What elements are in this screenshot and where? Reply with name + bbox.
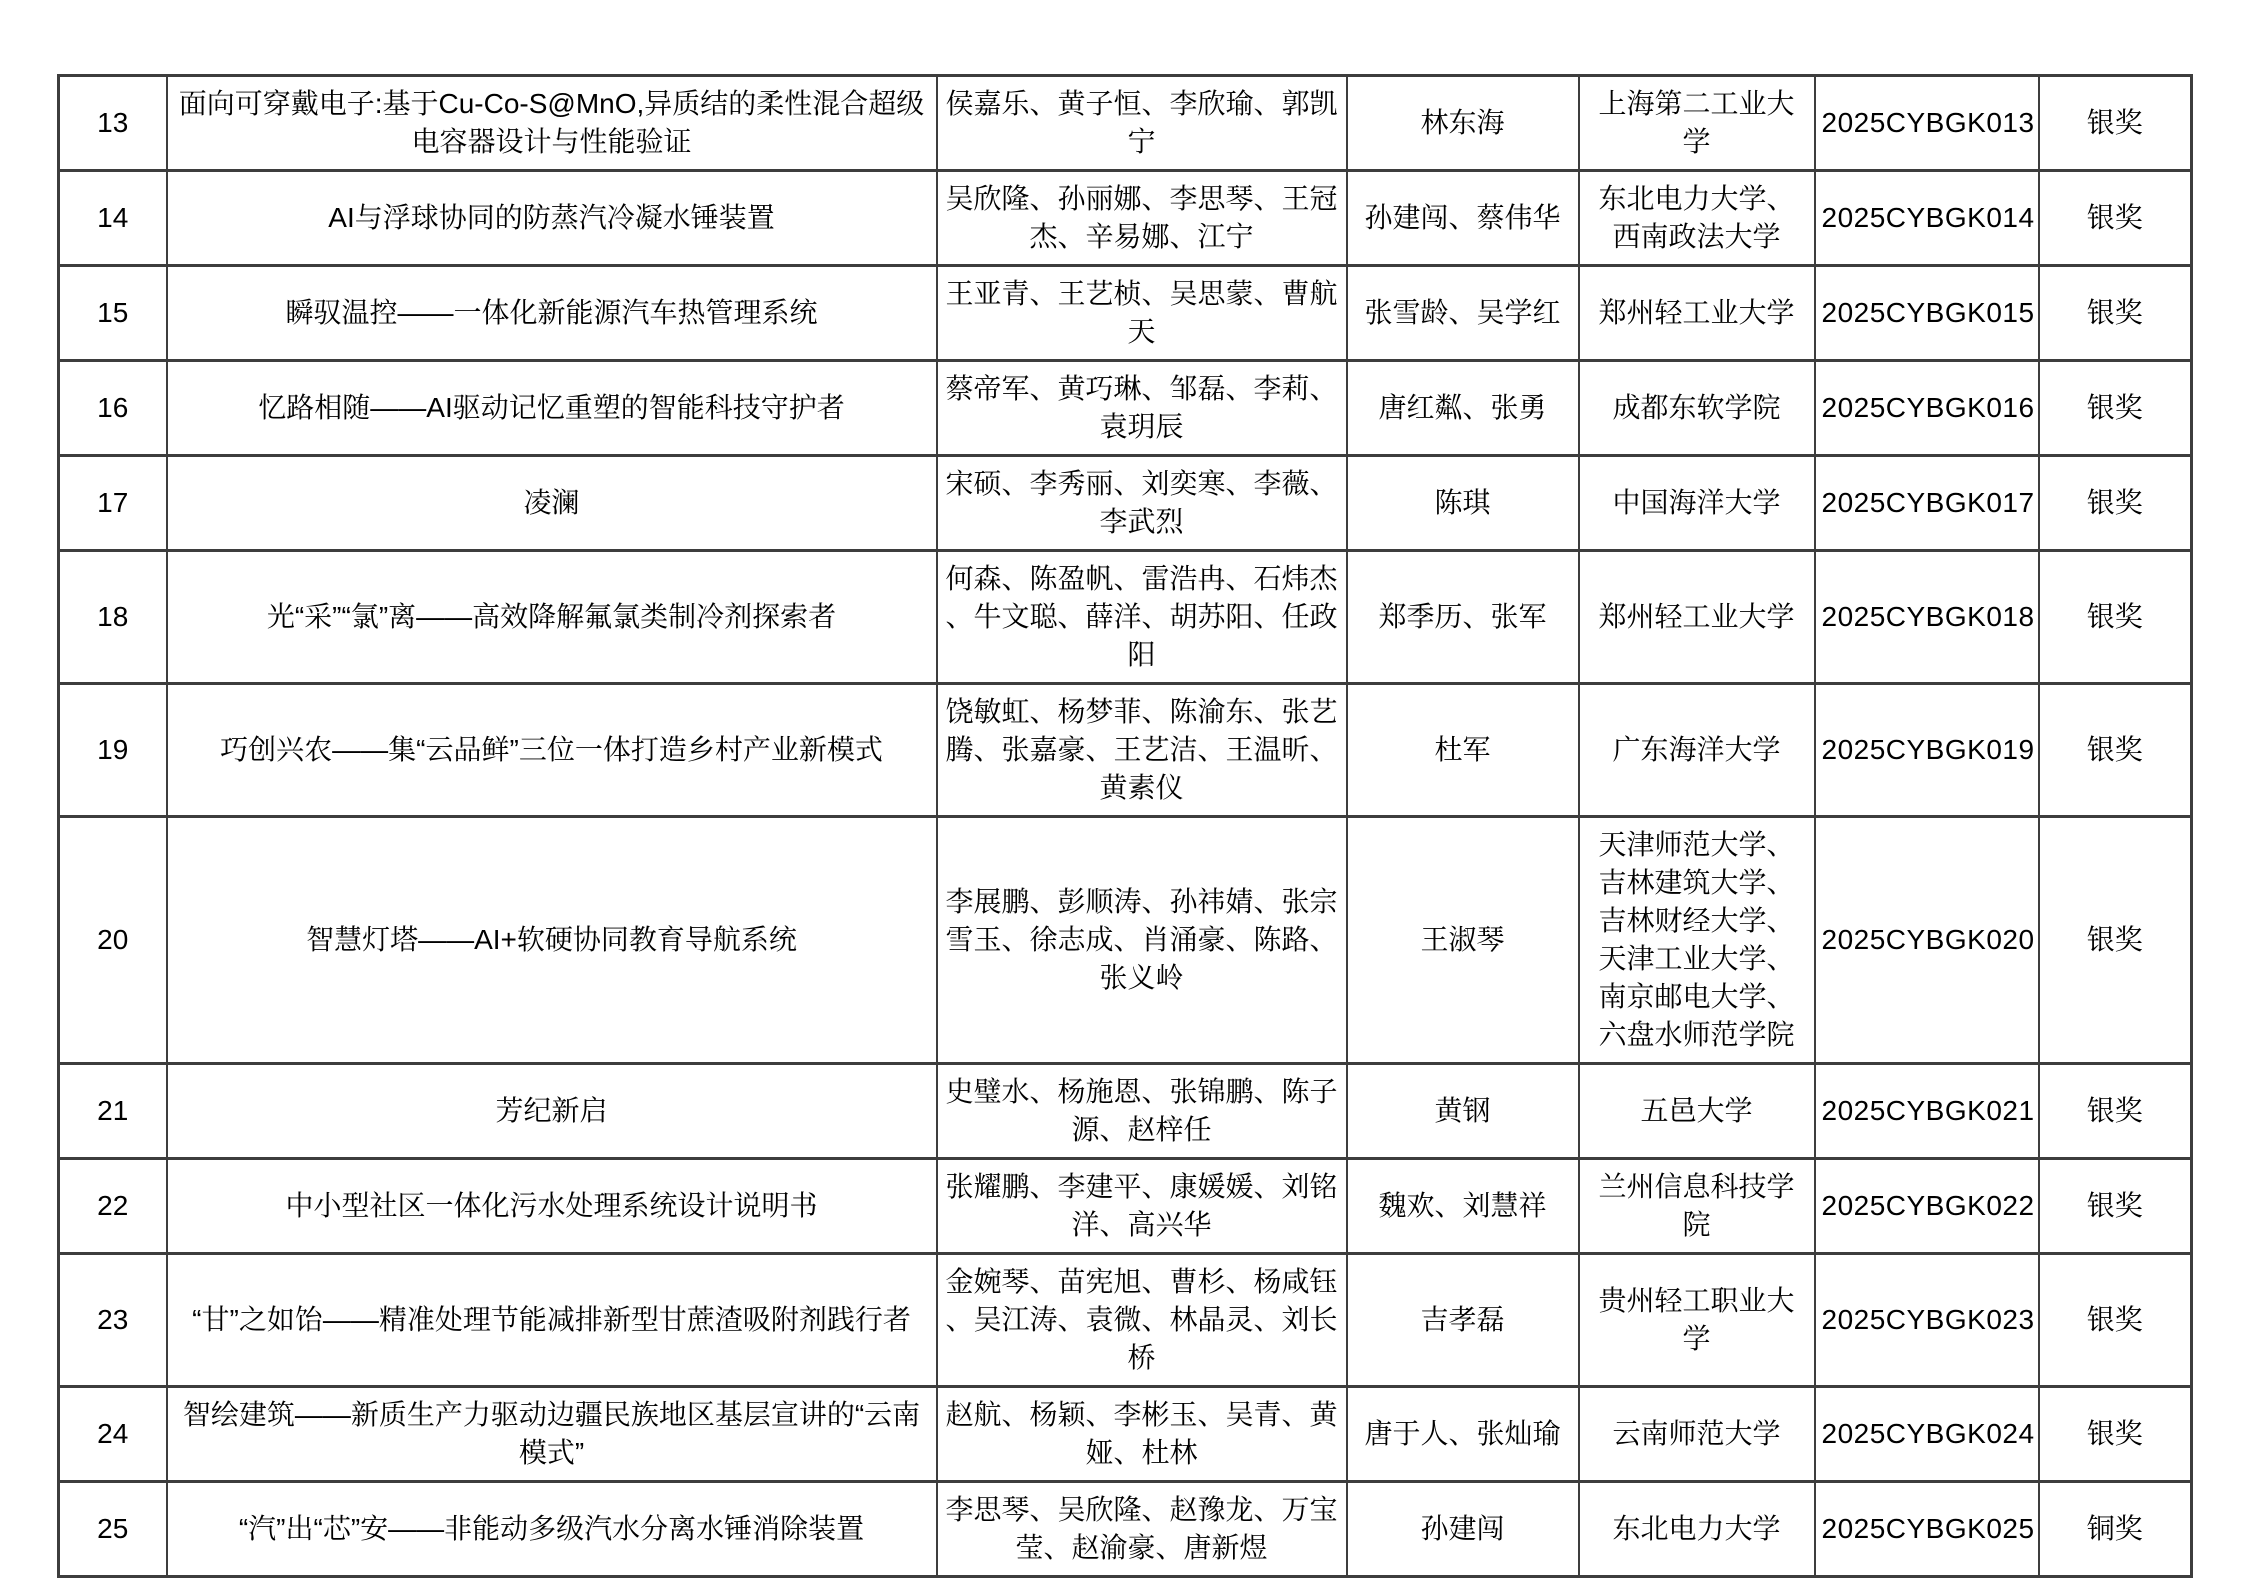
cell-award-code: 2025CYBGK024 (1815, 1387, 2039, 1482)
cell-team-members: 何森、陈盈帆、雷浩冉、石炜杰、牛文聪、薛洋、胡苏阳、任政阳 (937, 551, 1347, 684)
cell-award-code: 2025CYBGK021 (1815, 1064, 2039, 1159)
cell-advisor: 唐于人、张灿瑜 (1347, 1387, 1579, 1482)
cell-award-level: 银奖 (2039, 1159, 2192, 1254)
cell-award-code: 2025CYBGK025 (1815, 1482, 2039, 1577)
cell-advisor: 张雪龄、吴学红 (1347, 266, 1579, 361)
cell-university: 天津师范大学、吉林建筑大学、吉林财经大学、天津工业大学、南京邮电大学、六盘水师范… (1579, 817, 1815, 1064)
table-row: 23 “甘”之如饴——精准处理节能减排新型甘蔗渣吸附剂践行者 金婉琴、苗宪旭、曹… (59, 1254, 2192, 1387)
cell-award-level: 银奖 (2039, 684, 2192, 817)
cell-team-members: 李展鹏、彭顺涛、孙祎婧、张宗雪玉、徐志成、肖涌豪、陈路、张义岭 (937, 817, 1347, 1064)
cell-university: 成都东软学院 (1579, 361, 1815, 456)
cell-award-level: 银奖 (2039, 266, 2192, 361)
cell-university: 东北电力大学 (1579, 1482, 1815, 1577)
cell-university: 云南师范大学 (1579, 1387, 1815, 1482)
cell-project-title: 凌澜 (167, 456, 937, 551)
cell-award-level: 铜奖 (2039, 1482, 2192, 1577)
cell-advisor: 孙建闯、蔡伟华 (1347, 171, 1579, 266)
table-row: 20 智慧灯塔——AI+软硬协同教育导航系统 李展鹏、彭顺涛、孙祎婧、张宗雪玉、… (59, 817, 2192, 1064)
cell-advisor: 杜军 (1347, 684, 1579, 817)
cell-row-number: 14 (59, 171, 167, 266)
cell-university: 中国海洋大学 (1579, 456, 1815, 551)
cell-university: 兰州信息科技学院 (1579, 1159, 1815, 1254)
table-row: 13 面向可穿戴电子:基于Cu-Co-S@MnO,异质结的柔性混合超级电容器设计… (59, 76, 2192, 171)
cell-row-number: 15 (59, 266, 167, 361)
cell-team-members: 赵航、杨颖、李彬玉、吴青、黄娅、杜林 (937, 1387, 1347, 1482)
cell-award-code: 2025CYBGK015 (1815, 266, 2039, 361)
table-row: 25 “汽”出“芯”安——非能动多级汽水分离水锤消除装置 李思琴、吴欣隆、赵豫龙… (59, 1482, 2192, 1577)
cell-advisor: 黄钢 (1347, 1064, 1579, 1159)
table-row: 17 凌澜 宋硕、李秀丽、刘奕寒、李薇、李武烈 陈琪 中国海洋大学 2025CY… (59, 456, 2192, 551)
cell-project-title: 智慧灯塔——AI+软硬协同教育导航系统 (167, 817, 937, 1064)
cell-advisor: 王淑琴 (1347, 817, 1579, 1064)
cell-team-members: 张耀鹏、李建平、康媛媛、刘铭洋、高兴华 (937, 1159, 1347, 1254)
cell-award-code: 2025CYBGK014 (1815, 171, 2039, 266)
cell-award-code: 2025CYBGK023 (1815, 1254, 2039, 1387)
cell-team-members: 王亚青、王艺桢、吴思蒙、曹航天 (937, 266, 1347, 361)
cell-award-code: 2025CYBGK013 (1815, 76, 2039, 171)
cell-project-title: “汽”出“芯”安——非能动多级汽水分离水锤消除装置 (167, 1482, 937, 1577)
table-row: 24 智绘建筑——新质生产力驱动边疆民族地区基层宣讲的“云南模式” 赵航、杨颖、… (59, 1387, 2192, 1482)
cell-row-number: 13 (59, 76, 167, 171)
cell-project-title: 智绘建筑——新质生产力驱动边疆民族地区基层宣讲的“云南模式” (167, 1387, 937, 1482)
cell-project-title: 瞬驭温控——一体化新能源汽车热管理系统 (167, 266, 937, 361)
cell-university: 五邑大学 (1579, 1064, 1815, 1159)
cell-team-members: 饶敏虹、杨梦菲、陈渝东、张艺腾、张嘉豪、王艺洁、王温昕、黄素仪 (937, 684, 1347, 817)
cell-advisor: 郑季历、张军 (1347, 551, 1579, 684)
cell-advisor: 孙建闯 (1347, 1482, 1579, 1577)
cell-university: 郑州轻工业大学 (1579, 266, 1815, 361)
cell-award-level: 银奖 (2039, 361, 2192, 456)
cell-university: 贵州轻工职业大学 (1579, 1254, 1815, 1387)
cell-award-code: 2025CYBGK019 (1815, 684, 2039, 817)
cell-university: 广东海洋大学 (1579, 684, 1815, 817)
cell-project-title: 芳纪新启 (167, 1064, 937, 1159)
cell-project-title: “甘”之如饴——精准处理节能减排新型甘蔗渣吸附剂践行者 (167, 1254, 937, 1387)
table-row: 14 AI与浮球协同的防蒸汽冷凝水锤装置 吴欣隆、孙丽娜、李思琴、王冠杰、辛易娜… (59, 171, 2192, 266)
cell-team-members: 吴欣隆、孙丽娜、李思琴、王冠杰、辛易娜、江宁 (937, 171, 1347, 266)
cell-team-members: 李思琴、吴欣隆、赵豫龙、万宝莹、赵渝豪、唐新煜 (937, 1482, 1347, 1577)
cell-row-number: 23 (59, 1254, 167, 1387)
cell-award-code: 2025CYBGK017 (1815, 456, 2039, 551)
cell-team-members: 侯嘉乐、黄子恒、李欣瑜、郭凯宁 (937, 76, 1347, 171)
cell-team-members: 金婉琴、苗宪旭、曹杉、杨咸钰、吴江涛、袁微、林晶灵、刘长桥 (937, 1254, 1347, 1387)
cell-award-level: 银奖 (2039, 1387, 2192, 1482)
cell-award-level: 银奖 (2039, 456, 2192, 551)
cell-project-title: 中小型社区一体化污水处理系统设计说明书 (167, 1159, 937, 1254)
cell-team-members: 宋硕、李秀丽、刘奕寒、李薇、李武烈 (937, 456, 1347, 551)
cell-project-title: 面向可穿戴电子:基于Cu-Co-S@MnO,异质结的柔性混合超级电容器设计与性能… (167, 76, 937, 171)
cell-award-level: 银奖 (2039, 1254, 2192, 1387)
cell-award-code: 2025CYBGK018 (1815, 551, 2039, 684)
award-table-body: 13 面向可穿戴电子:基于Cu-Co-S@MnO,异质结的柔性混合超级电容器设计… (59, 76, 2192, 1577)
cell-award-code: 2025CYBGK016 (1815, 361, 2039, 456)
cell-award-level: 银奖 (2039, 817, 2192, 1064)
cell-advisor: 林东海 (1347, 76, 1579, 171)
award-table: 13 面向可穿戴电子:基于Cu-Co-S@MnO,异质结的柔性混合超级电容器设计… (57, 74, 2193, 1578)
cell-award-code: 2025CYBGK020 (1815, 817, 2039, 1064)
table-row: 22 中小型社区一体化污水处理系统设计说明书 张耀鹏、李建平、康媛媛、刘铭洋、高… (59, 1159, 2192, 1254)
cell-row-number: 24 (59, 1387, 167, 1482)
cell-award-level: 银奖 (2039, 1064, 2192, 1159)
table-row: 16 忆路相随——AI驱动记忆重塑的智能科技守护者 蔡帝军、黄巧琳、邹磊、李莉、… (59, 361, 2192, 456)
cell-row-number: 19 (59, 684, 167, 817)
cell-award-code: 2025CYBGK022 (1815, 1159, 2039, 1254)
cell-row-number: 16 (59, 361, 167, 456)
cell-advisor: 魏欢、刘慧祥 (1347, 1159, 1579, 1254)
cell-project-title: 巧创兴农——集“云品鲜”三位一体打造乡村产业新模式 (167, 684, 937, 817)
cell-advisor: 陈琪 (1347, 456, 1579, 551)
table-row: 18 光“采”“氯”离——高效降解氟氯类制冷剂探索者 何森、陈盈帆、雷浩冉、石炜… (59, 551, 2192, 684)
cell-university: 郑州轻工业大学 (1579, 551, 1815, 684)
cell-team-members: 蔡帝军、黄巧琳、邹磊、李莉、袁玥辰 (937, 361, 1347, 456)
table-row: 21 芳纪新启 史璧水、杨施恩、张锦鹏、陈子源、赵梓任 黄钢 五邑大学 2025… (59, 1064, 2192, 1159)
cell-project-title: 光“采”“氯”离——高效降解氟氯类制冷剂探索者 (167, 551, 937, 684)
cell-advisor: 唐红粼、张勇 (1347, 361, 1579, 456)
cell-award-level: 银奖 (2039, 76, 2192, 171)
cell-award-level: 银奖 (2039, 171, 2192, 266)
cell-project-title: 忆路相随——AI驱动记忆重塑的智能科技守护者 (167, 361, 937, 456)
cell-row-number: 21 (59, 1064, 167, 1159)
cell-university: 东北电力大学、西南政法大学 (1579, 171, 1815, 266)
cell-advisor: 吉孝磊 (1347, 1254, 1579, 1387)
cell-award-level: 银奖 (2039, 551, 2192, 684)
cell-university: 上海第二工业大学 (1579, 76, 1815, 171)
table-row: 19 巧创兴农——集“云品鲜”三位一体打造乡村产业新模式 饶敏虹、杨梦菲、陈渝东… (59, 684, 2192, 817)
cell-row-number: 17 (59, 456, 167, 551)
cell-row-number: 25 (59, 1482, 167, 1577)
document-page: 13 面向可穿戴电子:基于Cu-Co-S@MnO,异质结的柔性混合超级电容器设计… (0, 0, 2246, 1587)
cell-row-number: 20 (59, 817, 167, 1064)
cell-row-number: 18 (59, 551, 167, 684)
table-row: 15 瞬驭温控——一体化新能源汽车热管理系统 王亚青、王艺桢、吴思蒙、曹航天 张… (59, 266, 2192, 361)
cell-row-number: 22 (59, 1159, 167, 1254)
cell-team-members: 史璧水、杨施恩、张锦鹏、陈子源、赵梓任 (937, 1064, 1347, 1159)
cell-project-title: AI与浮球协同的防蒸汽冷凝水锤装置 (167, 171, 937, 266)
